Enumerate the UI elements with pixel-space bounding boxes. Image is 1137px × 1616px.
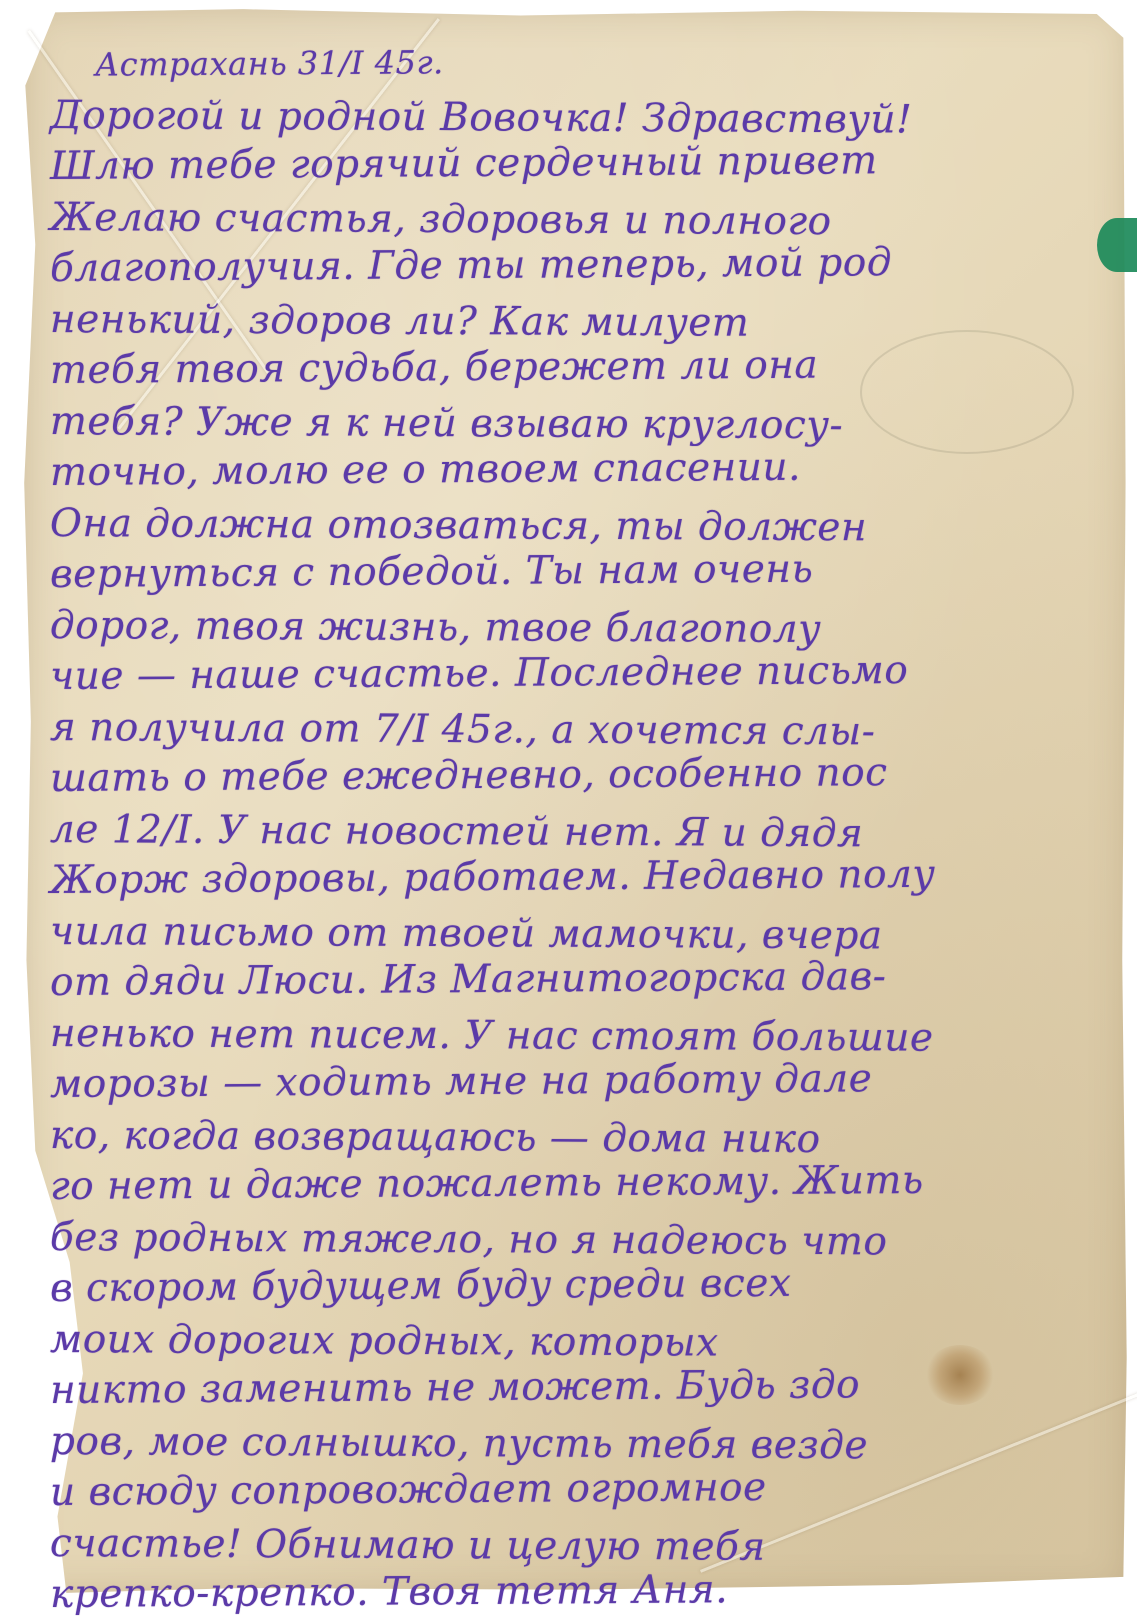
letter-line: в скором будущем буду среди всех [50,1256,1120,1314]
letter-line: шать о тебе ежедневно, особенно пос [50,746,1120,804]
letter-line: морозы — ходить мне на работу дале [50,1052,1120,1110]
letter-body: Астрахань 31/I 45г. Дорогой и родной Вов… [50,40,1120,1616]
letter-line: тебя твоя судьба, бережет ли она [50,338,1120,396]
letter-line: никто заменить не может. Будь здо [50,1358,1120,1416]
letter-line: го нет и даже пожалеть некому. Жить [50,1154,1120,1212]
letter-line: и всюду сопровождает огромное [50,1460,1120,1518]
letter-line: точно, молю ее о твоем спасении. [50,440,1120,498]
letter-line: благополучия. Где ты теперь, мой род [50,236,1120,294]
letter-line: вернуться с победой. Ты нам очень [50,542,1120,600]
letter-signature-line: крепко-крепко. Твоя тетя Аня. [50,1562,1120,1616]
letter-line: Шлю тебе горячий сердечный привет [50,134,1120,192]
letter-line: Жорж здоровы, работаем. Недавно полу [50,848,1120,906]
letter-header-place-date: Астрахань 31/I 45г. [50,33,1120,90]
letter-line: от дяди Люси. Из Магнитогорска дав- [50,950,1120,1008]
letter-line: чие — наше счастье. Последнее письмо [50,644,1120,702]
